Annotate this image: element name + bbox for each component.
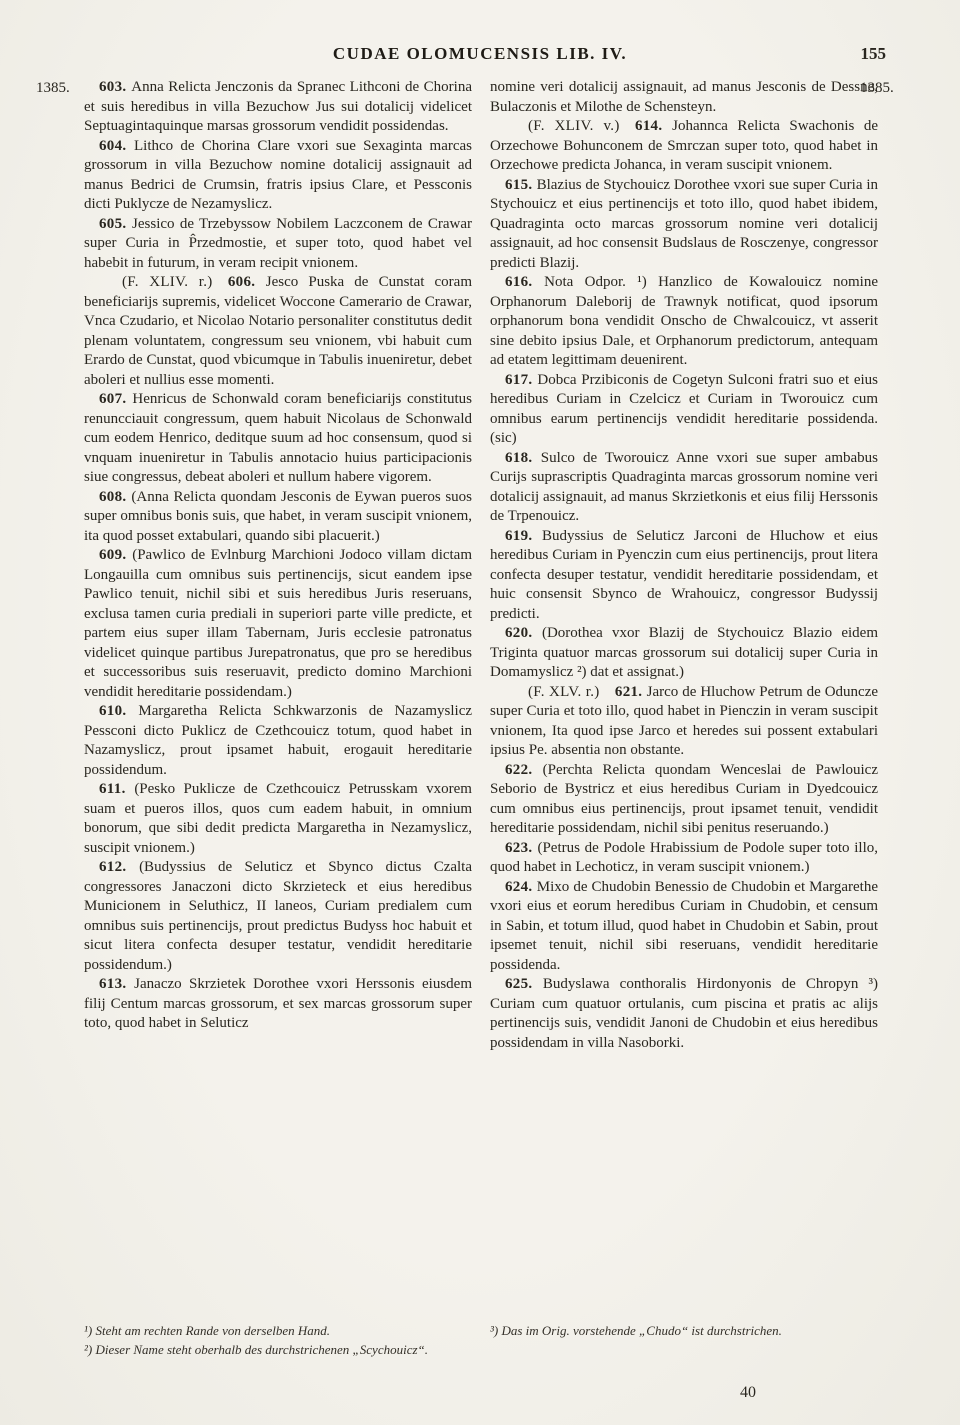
entry-number: 604. (99, 138, 134, 154)
text-columns: 603. Anna Relicta Jenczonis da Spranec L… (84, 78, 878, 1053)
entry-number: 614. (635, 118, 672, 134)
entry-number: 615. (505, 177, 537, 193)
margin-year-left: 1385. (36, 80, 70, 97)
entry-number: 622. (505, 762, 543, 778)
footnote: ¹) Steht am rechten Rande von derselben … (84, 1322, 472, 1341)
entry-number: 617. (505, 372, 537, 388)
folio-reference: (F. XLV. r.) (528, 684, 615, 700)
charter-entry: 609. (Pawlico de Evlnburg Marchioni Jodo… (84, 546, 472, 702)
charter-entry: (F. XLIV. r.) 606. Jesco Puska de Cunsta… (84, 273, 472, 390)
entry-number: 616. (505, 274, 544, 290)
footnotes: ¹) Steht am rechten Rande von derselben … (84, 1322, 878, 1359)
entry-number: 607. (99, 391, 132, 407)
charter-entry: 607. Henricus de Schonwald coram benefic… (84, 390, 472, 488)
footnote: ³) Das im Orig. vorstehende „Chudo“ ist … (490, 1322, 878, 1341)
column-right: nomine veri dotalicij assignauit, ad man… (490, 78, 878, 1053)
entry-number: 605. (99, 216, 132, 232)
charter-entry: 623. (Petrus de Podole Hrabissium de Pod… (490, 839, 878, 878)
column-left: 603. Anna Relicta Jenczonis da Spranec L… (84, 78, 472, 1053)
folio-reference: (F. XLIV. r.) (122, 274, 228, 290)
running-header: CUDAE OLOMUCENSIS LIB. IV. 155 (0, 44, 960, 68)
entry-number: 606. (228, 274, 266, 290)
entry-number: 612. (99, 859, 139, 875)
charter-entry: 613. Janaczo Skrzietek Dorothee vxori He… (84, 975, 472, 1034)
charter-entry: 615. Blazius de Stychouicz Dorothee vxor… (490, 176, 878, 274)
entry-number: 608. (99, 489, 131, 505)
footnotes-right: ³) Das im Orig. vorstehende „Chudo“ ist … (490, 1322, 878, 1359)
charter-entry: 622. (Perchta Relicta quondam Wenceslai … (490, 761, 878, 839)
entry-number: 618. (505, 450, 541, 466)
entry-number: 603. (99, 79, 131, 95)
charter-entry: 604. Lithco de Chorina Clare vxori sue S… (84, 137, 472, 215)
charter-entry: 608. (Anna Relicta quondam Jesconis de E… (84, 488, 472, 547)
book-page: CUDAE OLOMUCENSIS LIB. IV. 155 1385. 138… (0, 0, 960, 1425)
entry-number: 613. (99, 976, 134, 992)
page-title: CUDAE OLOMUCENSIS LIB. IV. (0, 44, 960, 64)
entry-number: 620. (505, 625, 542, 641)
charter-entry: 619. Budyssius de Seluticz Jarconi de Hl… (490, 527, 878, 625)
charter-entry: 625. Budyslawa conthoralis Hirdonyonis d… (490, 975, 878, 1053)
footnote: ²) Dieser Name steht oberhalb des durchs… (84, 1341, 472, 1360)
charter-entry: 611. (Pesko Puklicze de Czethcouicz Petr… (84, 780, 472, 858)
charter-entry: (F. XLV. r.) 621. Jarco de Hluchow Petru… (490, 683, 878, 761)
signature-mark: 40 (740, 1384, 756, 1402)
charter-entry: 605. Jessico de Trzebyssow Nobilem Laczc… (84, 215, 472, 274)
entry-number: 610. (99, 703, 138, 719)
charter-entry: 603. Anna Relicta Jenczonis da Spranec L… (84, 78, 472, 137)
entry-number: 624. (505, 879, 537, 895)
charter-entry: 624. Mixo de Chudobin Benessio de Chudob… (490, 878, 878, 976)
charter-entry: 610. Margaretha Relicta Schkwarzonis de … (84, 702, 472, 780)
footnotes-left: ¹) Steht am rechten Rande von derselben … (84, 1322, 472, 1359)
entry-number: 621. (615, 684, 647, 700)
entry-number: 609. (99, 547, 132, 563)
entry-number: 625. (505, 976, 543, 992)
folio-reference: (F. XLIV. v.) (528, 118, 635, 134)
charter-entry: 616. Nota Odpor. ¹) Hanzlico de Kowaloui… (490, 273, 878, 371)
charter-entry: 617. Dobca Przibiconis de Cogetyn Sulcon… (490, 371, 878, 449)
charter-entry: 618. Sulco de Tworouicz Anne vxori sue s… (490, 449, 878, 527)
entry-number: 611. (99, 781, 134, 797)
charter-entry: nomine veri dotalicij assignauit, ad man… (490, 78, 878, 117)
charter-entry: 612. (Budyssius de Seluticz et Sbynco di… (84, 858, 472, 975)
charter-entry: (F. XLIV. v.) 614. Johannca Relicta Swac… (490, 117, 878, 176)
entry-number: 623. (505, 840, 537, 856)
charter-entry: 620. (Dorothea vxor Blazij de Stychouicz… (490, 624, 878, 683)
entry-number: 619. (505, 528, 542, 544)
page-number: 155 (861, 44, 887, 64)
